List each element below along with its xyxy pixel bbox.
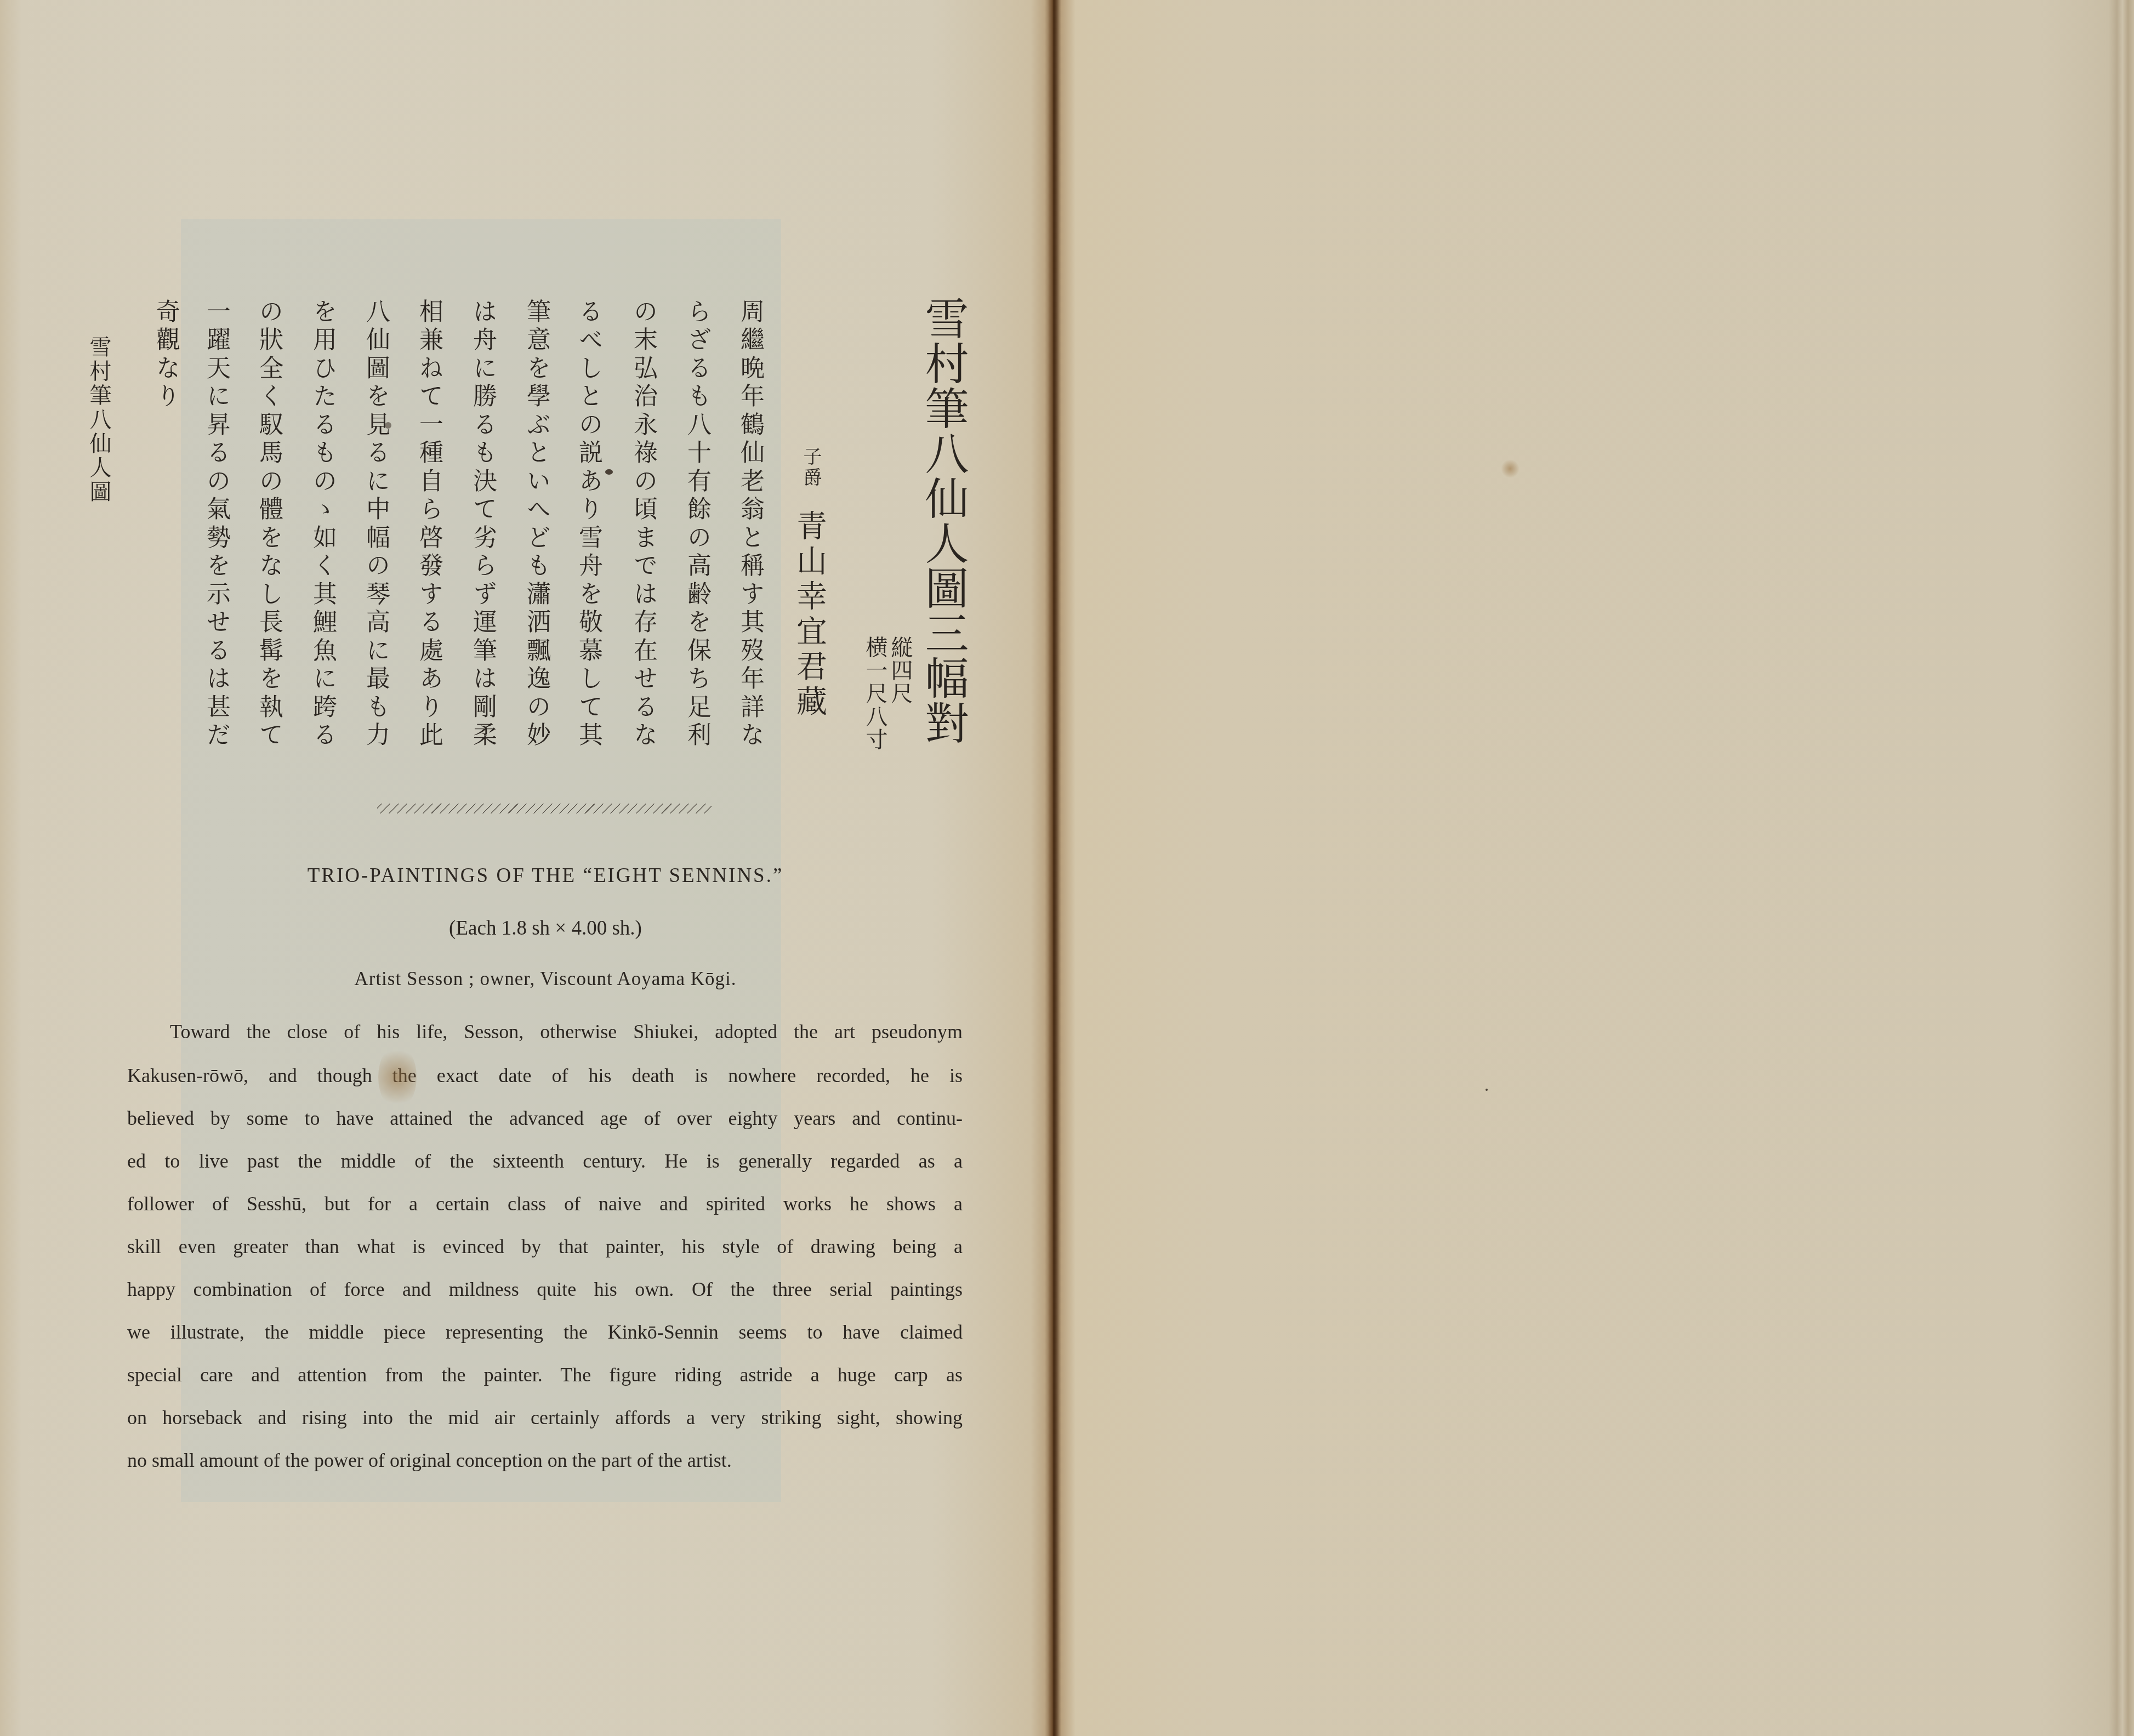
paper-stain [378, 1044, 417, 1110]
paper-speck [1486, 1089, 1488, 1091]
body-column: 相兼ねて一種自ら啓發する處あり此 [417, 299, 441, 750]
paragraph-line: no small amount of the power of original… [127, 1450, 963, 1470]
body-column: 一躍天に昇るの氣勢を示せるは甚だ [204, 299, 228, 750]
body-column: を用ひたるものゝ如く其鯉魚に跨る [310, 299, 334, 750]
body-column: 周繼晩年鶴仙老翁と稱す其歿年詳な [738, 299, 762, 750]
japanese-title: 雪村筆八仙人圖三幅對 [921, 296, 965, 745]
paragraph-line: special care and attention from the pain… [127, 1365, 963, 1385]
body-column: 筆意を學ぶといへども瀟洒飄逸の妙 [524, 299, 548, 750]
body-column: 奇觀なり [153, 299, 178, 412]
paper-stain [1501, 459, 1520, 478]
english-heading: TRIO-PAINTINGS OF THE “EIGHT SENNINS.” [0, 864, 1091, 887]
dimension-width: 横一尺八寸 [864, 636, 886, 751]
paragraph-line: skill even greater than what is evinced … [127, 1237, 963, 1256]
english-dimensions: (Each 1.8 sh × 4.00 sh.) [0, 917, 1091, 940]
right-page [1054, 0, 2134, 1736]
paragraph-line: happy combination of force and mildness … [127, 1279, 963, 1299]
body-column: の末弘治永祿の頃までは存在せるな [631, 299, 655, 750]
owner-rank: 子爵 [801, 447, 820, 488]
paragraph-line: ed to live past the middle of the sixtee… [127, 1151, 963, 1171]
body-column: は舟に勝るも決て劣らず運筆は剛柔 [470, 299, 494, 750]
dimension-height: 縦四尺 [889, 636, 911, 705]
paper-speck [605, 469, 613, 475]
paragraph-line: believed by some to have attained the ad… [127, 1108, 963, 1128]
ornamental-divider [377, 804, 712, 813]
body-column: 八仙圖を見るに中幅の琴高に最も力 [363, 299, 388, 750]
body-column: らざるも八十有餘の高齢を保ち足利 [685, 299, 709, 750]
paragraph-line: follower of Sesshū, but for a certain cl… [127, 1194, 963, 1214]
paragraph-line: Toward the close of his life, Sesson, ot… [127, 1022, 963, 1041]
page-margin-caption: 雪村筆八仙人圖 [88, 335, 110, 504]
book-gutter [1045, 0, 1061, 1736]
paragraph-line: on horseback and rising into the mid air… [127, 1408, 963, 1427]
paper-speck [385, 422, 391, 429]
paragraph-line: we illustrate, the middle piece represen… [127, 1322, 963, 1342]
owner-name: 青山幸宜君藏 [794, 510, 824, 720]
body-column: の狀全く馭馬の體をなし長髯を執て [257, 299, 281, 750]
body-column: るべしとの説あり雪舟を敬慕して其 [576, 299, 600, 750]
left-page: 雪村筆八仙人圖三幅對 縦四尺 横一尺八寸 子爵 青山幸宜君藏 周繼晩年鶴仙老翁と… [0, 0, 1054, 1736]
english-artist-owner: Artist Sesson ; owner, Viscount Aoyama K… [0, 968, 1091, 990]
paragraph-line: Kakusen-rōwō, and though the exact date … [127, 1066, 963, 1085]
